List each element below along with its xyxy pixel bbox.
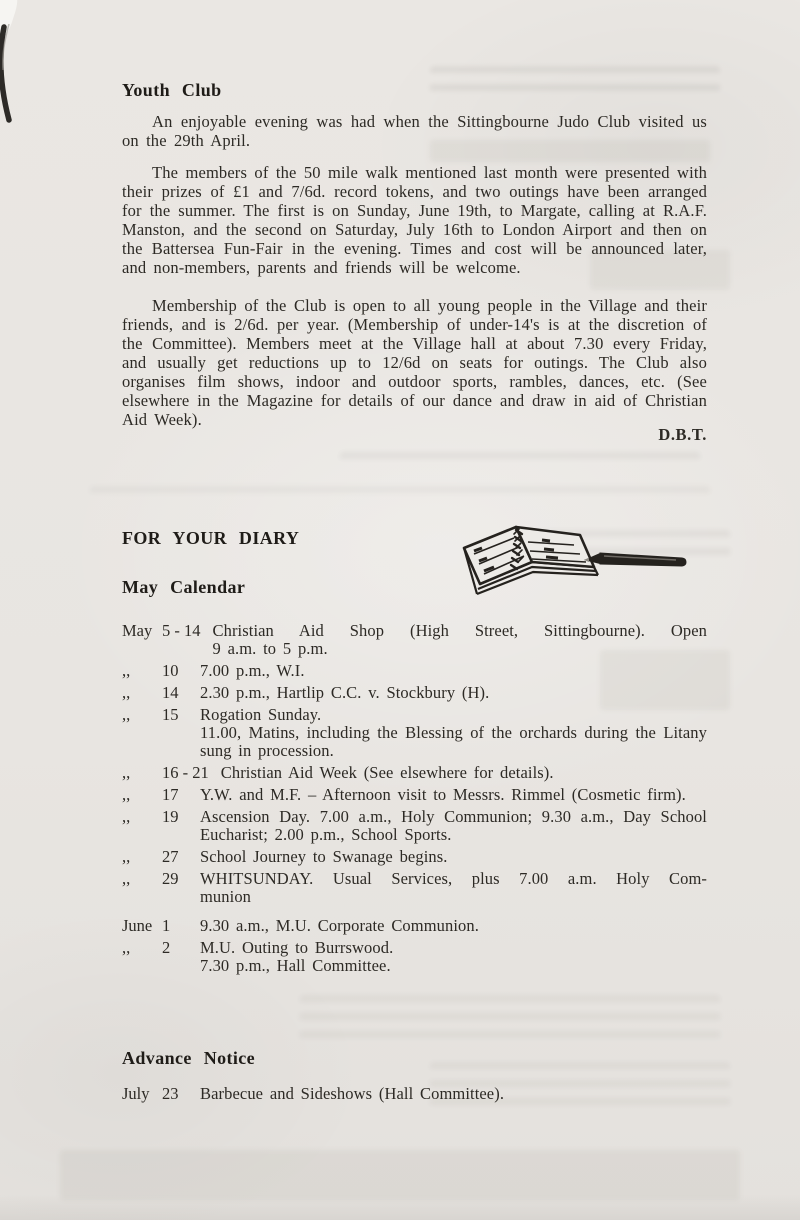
calendar-day: 15	[162, 706, 188, 724]
calendar-description: Rogation Sunday. 11.00, Matins, includin…	[200, 706, 707, 760]
youth-club-paragraph: An enjoyable evening was had when the Si…	[122, 112, 707, 150]
calendar-description: M.U. Outing to Burrswood. 7.30 p.m., Hal…	[200, 939, 707, 975]
calendar-entry: ,, 29 WHITSUNDAY. Usual Services, plus 7…	[122, 870, 707, 906]
calendar-description: School Journey to Swanage begins.	[200, 848, 707, 866]
calendar-entry: ,, 16 - 21 Christian Aid Week (See elsew…	[122, 764, 707, 782]
ditto-mark: ,,	[122, 764, 162, 782]
youth-club-paragraph: The members of the 50 mile walk mentione…	[122, 163, 707, 277]
showthrough-artifact	[60, 1150, 740, 1200]
ditto-mark: ,,	[122, 786, 162, 804]
ditto-mark: ,,	[122, 808, 162, 826]
calendar-day: 1	[162, 917, 188, 935]
calendar-day: 17	[162, 786, 188, 804]
calendar-description: WHITSUNDAY. Usual Services, plus 7.00 a.…	[200, 870, 707, 906]
calendar-description: 9.30 a.m., M.U. Corporate Communion.	[200, 917, 707, 935]
advance-notice-heading: Advance Notice	[122, 1048, 707, 1069]
calendar-entry: ,, 14 2.30 p.m., Hartlip C.C. v. Stockbu…	[122, 684, 707, 702]
calendar-entry: ,, 15 Rogation Sunday. 11.00, Matins, in…	[122, 706, 707, 760]
ditto-mark: ,,	[122, 939, 162, 957]
ditto-mark: ,,	[122, 848, 162, 866]
calendar-description: Y.W. and M.F. – Afternoon visit to Messr…	[200, 786, 707, 804]
author-initials: D.B.T.	[122, 425, 751, 445]
may-calendar-list: May 5 - 14 Christian Aid Shop (High Stre…	[122, 622, 707, 979]
calendar-entry: ,, 10 7.00 p.m., W.I.	[122, 662, 707, 680]
calendar-day: 14	[162, 684, 188, 702]
calendar-description: 2.30 p.m., Hartlip C.C. v. Stockbury (H)…	[200, 684, 707, 702]
calendar-entry: June 1 9.30 a.m., M.U. Corporate Communi…	[122, 917, 707, 935]
calendar-description: 7.00 p.m., W.I.	[200, 662, 707, 680]
calendar-description: Ascension Day. 7.00 a.m., Holy Communion…	[200, 808, 707, 844]
ditto-mark: ,,	[122, 662, 162, 680]
open-diary-with-pencil-icon	[446, 512, 704, 620]
calendar-day: 2	[162, 939, 188, 957]
youth-club-heading: Youth Club	[122, 80, 707, 101]
may-calendar-subheading: May Calendar	[122, 577, 707, 598]
scanned-magazine-page: Youth Club An enjoyable evening was had …	[0, 0, 800, 1220]
ditto-mark: ,,	[122, 684, 162, 702]
calendar-day: 29	[162, 870, 188, 888]
showthrough-artifact	[340, 452, 700, 468]
ditto-mark: ,,	[122, 706, 162, 724]
calendar-entry: July 23 Barbecue and Sideshows (Hall Com…	[122, 1085, 707, 1103]
calendar-day: 27	[162, 848, 188, 866]
calendar-day: 19	[162, 808, 188, 826]
calendar-day: 16 - 21	[162, 764, 209, 782]
binding-shadow-mark	[0, 24, 13, 124]
calendar-entry: May 5 - 14 Christian Aid Shop (High Stre…	[122, 622, 707, 658]
calendar-entry: ,, 27 School Journey to Swanage begins.	[122, 848, 707, 866]
showthrough-artifact	[300, 995, 720, 1043]
youth-club-paragraph: Membership of the Club is open to all yo…	[122, 296, 707, 429]
ditto-mark: ,,	[122, 870, 162, 888]
june-calendar-list: June 1 9.30 a.m., M.U. Corporate Communi…	[122, 917, 707, 975]
calendar-description: Barbecue and Sideshows (Hall Committee).	[200, 1085, 707, 1103]
showthrough-artifact	[90, 486, 710, 502]
calendar-day: 5 - 14	[162, 622, 201, 640]
calendar-month: June	[122, 917, 162, 935]
advance-notice-list: July 23 Barbecue and Sideshows (Hall Com…	[122, 1085, 707, 1107]
calendar-entry: ,, 19 Ascension Day. 7.00 a.m., Holy Com…	[122, 808, 707, 844]
calendar-month: July	[122, 1085, 162, 1103]
calendar-month: May	[122, 622, 162, 640]
calendar-day: 23	[162, 1085, 188, 1103]
calendar-entry: ,, 2 M.U. Outing to Burrswood. 7.30 p.m.…	[122, 939, 707, 975]
calendar-entry: ,, 17 Y.W. and M.F. – Afternoon visit to…	[122, 786, 707, 804]
calendar-description: Christian Aid Shop (High Street, Sitting…	[213, 622, 708, 658]
calendar-day: 10	[162, 662, 188, 680]
calendar-description: Christian Aid Week (See elsewhere for de…	[221, 764, 707, 782]
